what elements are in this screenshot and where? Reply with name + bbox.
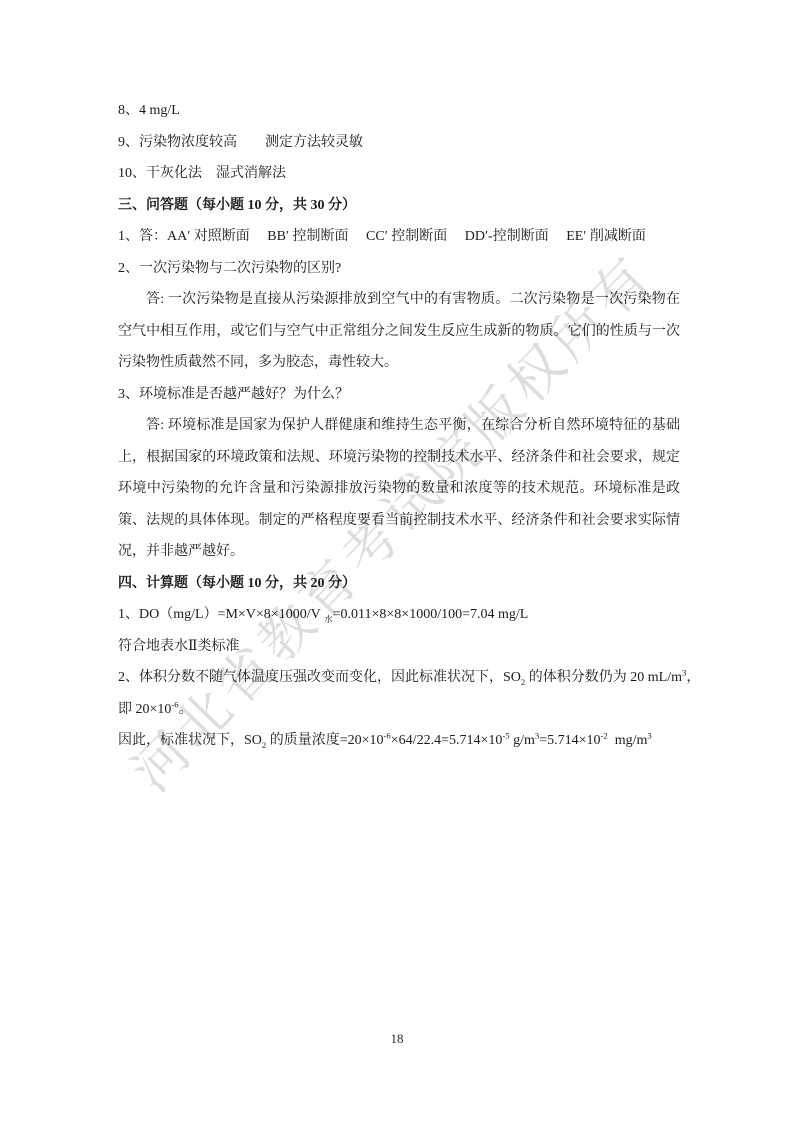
text-line: 2、体积分数不随气体温度压强改变而变化，因此标准状况下，SO2 的体积分数仍为 … [118,662,680,694]
text-line: 环境中污染物的允许含量和污染源排放污染物的数量和浓度等的技术规范。环境标准是政 [118,473,680,505]
text-line: 符合地表水Ⅱ类标准 [118,631,680,663]
text-line: 三、问答题（每小题 10 分，共 30 分） [118,190,680,222]
text-line: 污染物性质截然不同，多为胶态，毒性较大。 [118,347,680,379]
text-line: 空气中相互作用，或它们与空气中正常组分之间发生反应生成新的物质。它们的性质与一次 [118,316,680,348]
text-line: 因此，标准状况下，SO2 的质量浓度=20×10-6×64/22.4=5.714… [118,725,680,757]
text-line: 况，并非越严越好。 [118,536,680,568]
text-line: 3、环境标准是否越严越好？为什么？ [118,379,680,411]
text-line: 1、DO（mg/L）=M×V×8×1000/V 水=0.011×8×8×1000… [118,599,680,631]
document-page: 河北省教育考试院版权所有 8、4 mg/L9、污染物浓度较高 测定方法较灵敏10… [0,0,794,1123]
text-line: 10、干灰化法 湿式消解法 [118,158,680,190]
document-content: 8、4 mg/L9、污染物浓度较高 测定方法较灵敏10、干灰化法 湿式消解法三、… [118,95,680,757]
text-line: 策、法规的具体体现。制定的严格程度要看当前控制技术水平、经济条件和社会要求实际情 [118,505,680,537]
text-line: 上，根据国家的环境政策和法规、环境污染物的控制技术水平、经济条件和社会要求，规定 [118,442,680,474]
text-line: 9、污染物浓度较高 测定方法较灵敏 [118,127,680,159]
text-line: 2、一次污染物与二次污染物的区别? [118,253,680,285]
text-line: 8、4 mg/L [118,95,680,127]
text-line: 四、计算题（每小题 10 分，共 20 分） [118,568,680,600]
text-line: 1、答：AA′ 对照断面 BB′ 控制断面 CC′ 控制断面 DD′-控制断面 … [118,221,680,253]
text-line: 即 20×10-6。 [118,694,680,726]
text-line: 答: 环境标准是国家为保护人群健康和维持生态平衡，在综合分析自然环境特征的基础 [118,410,680,442]
page-number: 18 [0,1031,794,1047]
text-line: 答: 一次污染物是直接从污染源排放到空气中的有害物质。二次污染物是一次污染物在 [118,284,680,316]
